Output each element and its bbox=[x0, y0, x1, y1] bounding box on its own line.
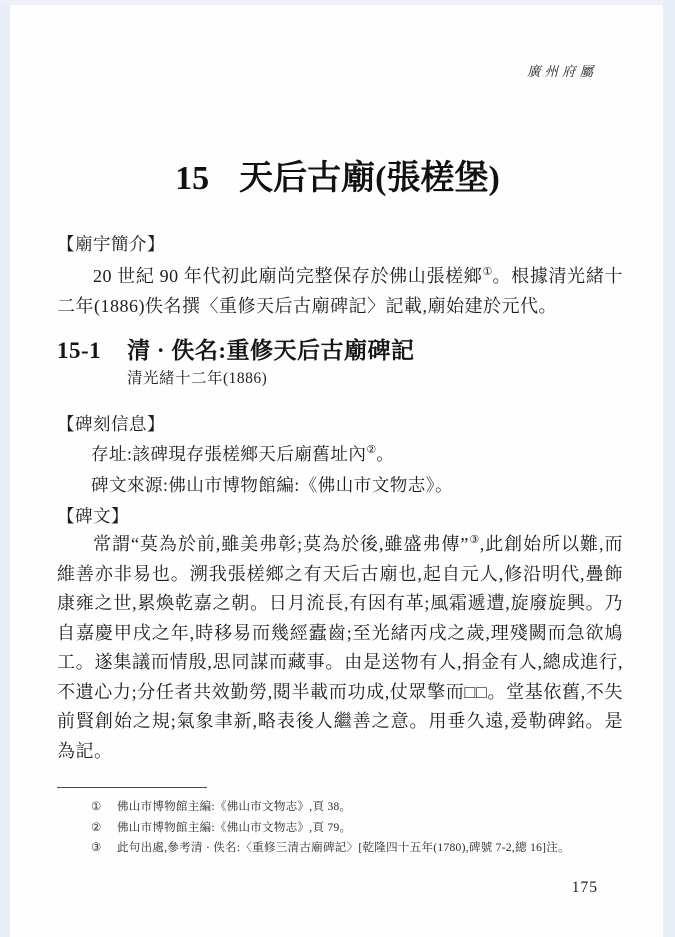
section-label-temple-intro: 【廟宇簡介】 bbox=[57, 231, 165, 256]
book-page: 廣州府屬 15天后古廟(張槎堡) 【廟宇簡介】 20 世紀 90 年代初此廟尚完… bbox=[0, 0, 675, 937]
stele-source-line: 碑文來源:佛山市博物館編:《佛山市文物志》。 bbox=[91, 470, 453, 501]
footnote-marker: ② bbox=[91, 818, 117, 839]
scan-edge-top bbox=[0, 0, 675, 5]
footnote-item: ② 佛山市博物館主編:《佛山市文物志》,頁 79。 bbox=[91, 818, 611, 839]
inscription-title: 清 · 佚名:重修天后古廟碑記 bbox=[127, 338, 414, 363]
footnote-marker: ③ bbox=[91, 838, 117, 859]
chapter-title-text: 天后古廟(張槎堡) bbox=[239, 160, 500, 197]
inscription-number: 15-1 bbox=[57, 338, 101, 363]
stele-location-end: 。 bbox=[376, 444, 394, 464]
section-label-stele-info: 【碑刻信息】 bbox=[57, 411, 165, 436]
footnote-item: ③ 此句出處,參考清 · 佚名:〈重修三清古廟碑記〉[乾隆四十五年(1780),… bbox=[91, 838, 611, 859]
footnote-ref-1: ① bbox=[482, 266, 492, 278]
stele-location-text: 存址:該碑現存張槎鄉天后廟舊址內 bbox=[91, 444, 366, 464]
footnote-marker: ① bbox=[91, 797, 117, 818]
stele-text-2: ,此創始所以難,而維善亦非易也。溯我張槎鄉之有天后古廟也,起自元人,修沿明代,疊… bbox=[57, 534, 623, 761]
chapter-number: 15 bbox=[175, 160, 209, 197]
inscription-date: 清光緒十二年(1886) bbox=[127, 366, 267, 388]
intro-text-1: 20 世紀 90 年代初此廟尚完整保存於佛山張槎鄉 bbox=[93, 266, 482, 286]
footnote-text: 此句出處,參考清 · 佚名:〈重修三清古廟碑記〉[乾隆四十五年(1780),碑號… bbox=[117, 838, 611, 859]
scan-edge-right bbox=[663, 0, 675, 937]
footnote-text: 佛山市博物館主編:《佛山市文物志》,頁 79。 bbox=[117, 818, 611, 839]
inscription-heading: 15-1清 · 佚名:重修天后古廟碑記 bbox=[57, 332, 415, 365]
footnote-text: 佛山市博物館主編:《佛山市文物志》,頁 38。 bbox=[117, 797, 611, 818]
stele-location-line: 存址:該碑現存張槎鄉天后廟舊址內②。 bbox=[91, 439, 453, 470]
section-label-stele-text: 【碑文】 bbox=[57, 503, 129, 528]
running-head: 廣州府屬 bbox=[527, 60, 597, 80]
stele-text-paragraph: 常謂“莫為於前,雖美弗彰;莫為於後,雖盛弗傳”③,此創始所以難,而維善亦非易也。… bbox=[57, 530, 623, 766]
footnote-ref-2: ② bbox=[366, 444, 376, 456]
footnote-ref-3: ③ bbox=[469, 534, 480, 546]
scan-edge-left bbox=[0, 0, 10, 937]
footnotes-block: ① 佛山市博物館主編:《佛山市文物志》,頁 38。 ② 佛山市博物館主編:《佛山… bbox=[91, 797, 611, 859]
chapter-title: 15天后古廟(張槎堡) bbox=[0, 150, 675, 199]
temple-intro-paragraph: 20 世紀 90 年代初此廟尚完整保存於佛山張槎鄉①。根據清光緒十二年(1886… bbox=[57, 261, 623, 321]
page-number: 175 bbox=[572, 879, 598, 897]
stele-text-1: 常謂“莫為於前,雖美弗彰;莫為於後,雖盛弗傳” bbox=[93, 534, 469, 554]
footnote-divider bbox=[57, 787, 207, 788]
footnote-item: ① 佛山市博物館主編:《佛山市文物志》,頁 38。 bbox=[91, 797, 611, 818]
stele-info-lines: 存址:該碑現存張槎鄉天后廟舊址內②。 碑文來源:佛山市博物館編:《佛山市文物志》… bbox=[91, 439, 453, 500]
